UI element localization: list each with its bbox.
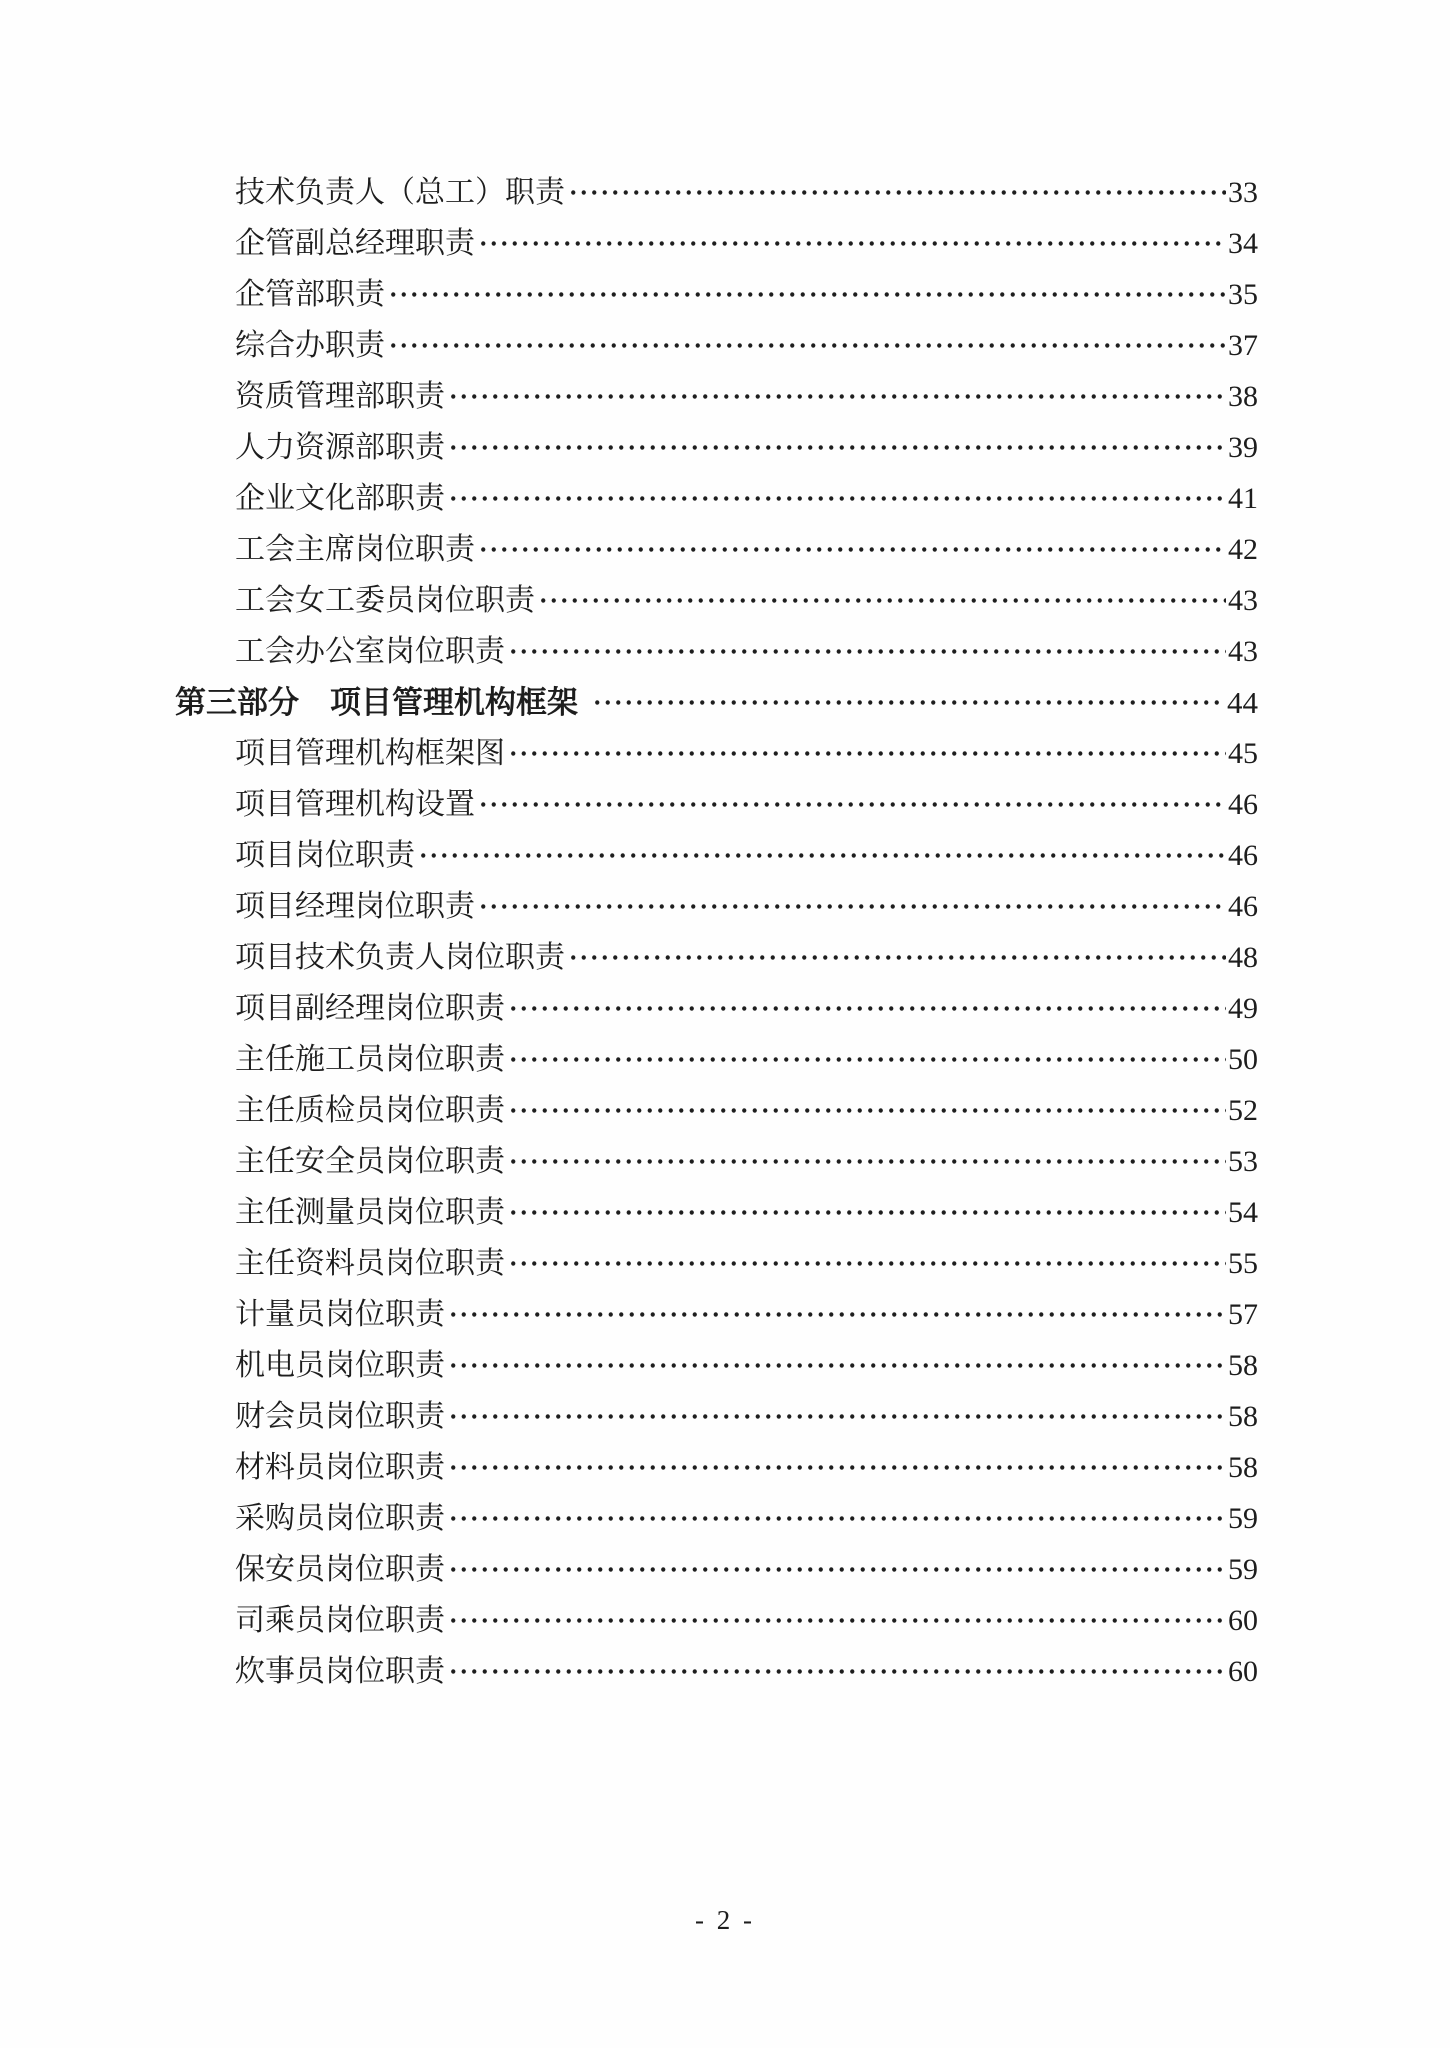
dot-leader <box>388 280 1226 310</box>
toc-entry: 项目岗位职责 46 <box>0 830 1450 881</box>
toc-entry-label: 项目管理机构框架图 <box>235 728 505 779</box>
dot-leader <box>508 994 1226 1024</box>
toc-entry-label: 主任测量员岗位职责 <box>235 1187 505 1238</box>
toc-entry-label: 采购员岗位职责 <box>235 1493 445 1544</box>
toc-entry: 财会员岗位职责 58 <box>0 1391 1450 1442</box>
toc-entry-label: 企业文化部职责 <box>235 473 445 524</box>
toc-entry-label: 工会办公室岗位职责 <box>235 626 505 677</box>
toc-entry-label: 保安员岗位职责 <box>235 1544 445 1595</box>
toc-entry: 人力资源部职责 39 <box>0 422 1450 473</box>
dot-leader <box>508 637 1226 667</box>
toc-entry: 综合办职责 37 <box>0 320 1450 371</box>
dot-leader <box>508 1249 1226 1279</box>
dot-leader <box>448 1504 1226 1534</box>
dot-leader <box>478 790 1226 820</box>
toc-entry-page: 39 <box>1228 422 1258 473</box>
toc-entry-page: 44 <box>1227 677 1258 728</box>
dot-leader <box>448 1351 1226 1381</box>
toc-entry-label: 工会女工委员岗位职责 <box>235 575 535 626</box>
toc-entry: 工会办公室岗位职责 43 <box>0 626 1450 677</box>
toc-entry-page: 50 <box>1228 1034 1258 1085</box>
toc-entry: 采购员岗位职责 59 <box>0 1493 1450 1544</box>
dot-leader <box>448 433 1226 463</box>
toc-entry-page: 46 <box>1228 881 1258 932</box>
toc-entry: 工会主席岗位职责 42 <box>0 524 1450 575</box>
toc-entry: 企管部职责 35 <box>0 269 1450 320</box>
toc-entry-label: 项目技术负责人岗位职责 <box>235 932 565 983</box>
toc-entry-label: 项目岗位职责 <box>235 830 415 881</box>
page-footer: - 2 - <box>0 1905 1450 1936</box>
toc-entry-page: 55 <box>1228 1238 1258 1289</box>
dot-leader <box>568 943 1226 973</box>
toc-entry-page: 46 <box>1228 779 1258 830</box>
toc-entry-page: 58 <box>1228 1442 1258 1493</box>
toc-entry: 项目管理机构框架图 45 <box>0 728 1450 779</box>
dot-leader <box>568 178 1226 208</box>
toc-entry-page: 35 <box>1228 269 1258 320</box>
table-of-contents: 技术负责人（总工）职责 33 企管副总经理职责 34 企管部职责 35 综合办职… <box>0 167 1450 1697</box>
toc-entry-page: 34 <box>1228 218 1258 269</box>
toc-entry-page: 46 <box>1228 830 1258 881</box>
toc-entry-label: 材料员岗位职责 <box>235 1442 445 1493</box>
toc-entry-label: 企管副总经理职责 <box>235 218 475 269</box>
toc-entry-label: 项目副经理岗位职责 <box>235 983 505 1034</box>
toc-entry-page: 43 <box>1228 626 1258 677</box>
dot-leader <box>448 1657 1226 1687</box>
toc-entry: 保安员岗位职责 59 <box>0 1544 1450 1595</box>
toc-entry: 机电员岗位职责 58 <box>0 1340 1450 1391</box>
dot-leader <box>508 1147 1226 1177</box>
toc-entry-page: 54 <box>1228 1187 1258 1238</box>
toc-entry: 主任质检员岗位职责 52 <box>0 1085 1450 1136</box>
dot-leader <box>538 586 1226 616</box>
toc-entry-label: 第三部分 项目管理机构框架 <box>175 677 578 728</box>
toc-entry-label: 人力资源部职责 <box>235 422 445 473</box>
toc-entry: 项目副经理岗位职责 49 <box>0 983 1450 1034</box>
toc-entry-page: 53 <box>1228 1136 1258 1187</box>
toc-entry-page: 60 <box>1228 1595 1258 1646</box>
toc-entry-page: 52 <box>1228 1085 1258 1136</box>
dot-leader <box>478 892 1226 922</box>
dot-leader <box>448 1555 1226 1585</box>
toc-entry-page: 59 <box>1228 1544 1258 1595</box>
dot-leader <box>508 739 1226 769</box>
toc-entry-label: 财会员岗位职责 <box>235 1391 445 1442</box>
toc-entry-label: 技术负责人（总工）职责 <box>235 167 565 218</box>
dot-leader <box>388 331 1226 361</box>
toc-entry: 资质管理部职责 38 <box>0 371 1450 422</box>
toc-entry: 主任资料员岗位职责 55 <box>0 1238 1450 1289</box>
toc-entry-label: 企管部职责 <box>235 269 385 320</box>
toc-entry: 炊事员岗位职责 60 <box>0 1646 1450 1697</box>
toc-entry: 司乘员岗位职责 60 <box>0 1595 1450 1646</box>
toc-entry-label: 资质管理部职责 <box>235 371 445 422</box>
toc-entry-page: 37 <box>1228 320 1258 371</box>
dot-leader <box>508 1045 1226 1075</box>
document-page: 技术负责人（总工）职责 33 企管副总经理职责 34 企管部职责 35 综合办职… <box>0 0 1450 2048</box>
toc-entry-label: 主任施工员岗位职责 <box>235 1034 505 1085</box>
toc-entry-label: 主任资料员岗位职责 <box>235 1238 505 1289</box>
dot-leader <box>448 484 1226 514</box>
toc-entry: 企业文化部职责 41 <box>0 473 1450 524</box>
toc-entry-page: 48 <box>1228 932 1258 983</box>
toc-entry: 材料员岗位职责 58 <box>0 1442 1450 1493</box>
toc-entry: 主任施工员岗位职责 50 <box>0 1034 1450 1085</box>
toc-entry-label: 炊事员岗位职责 <box>235 1646 445 1697</box>
dot-leader <box>592 688 1225 718</box>
toc-entry: 主任测量员岗位职责 54 <box>0 1187 1450 1238</box>
dot-leader <box>448 1606 1226 1636</box>
toc-entry-label: 计量员岗位职责 <box>235 1289 445 1340</box>
toc-entry: 项目管理机构设置 46 <box>0 779 1450 830</box>
toc-entry: 项目技术负责人岗位职责 48 <box>0 932 1450 983</box>
toc-entry: 企管副总经理职责 34 <box>0 218 1450 269</box>
toc-entry-page: 60 <box>1228 1646 1258 1697</box>
toc-entry-page: 41 <box>1228 473 1258 524</box>
toc-entry-page: 58 <box>1228 1391 1258 1442</box>
toc-entry-page: 49 <box>1228 983 1258 1034</box>
toc-entry-label: 主任质检员岗位职责 <box>235 1085 505 1136</box>
toc-entry: 工会女工委员岗位职责 43 <box>0 575 1450 626</box>
dot-leader <box>448 382 1226 412</box>
dot-leader <box>448 1453 1226 1483</box>
toc-entry: 技术负责人（总工）职责 33 <box>0 167 1450 218</box>
toc-entry-page: 43 <box>1228 575 1258 626</box>
toc-entry-page: 38 <box>1228 371 1258 422</box>
toc-entry-label: 综合办职责 <box>235 320 385 371</box>
toc-entry: 计量员岗位职责 57 <box>0 1289 1450 1340</box>
dot-leader <box>478 535 1226 565</box>
dot-leader <box>508 1198 1226 1228</box>
dot-leader <box>478 229 1226 259</box>
toc-entry-page: 42 <box>1228 524 1258 575</box>
dot-leader <box>508 1096 1226 1126</box>
toc-entry-page: 58 <box>1228 1340 1258 1391</box>
toc-entry-page: 59 <box>1228 1493 1258 1544</box>
dot-leader <box>448 1402 1226 1432</box>
footer-page-number: - 2 - <box>695 1905 755 1935</box>
toc-entry-label: 项目经理岗位职责 <box>235 881 475 932</box>
toc-entry-label: 司乘员岗位职责 <box>235 1595 445 1646</box>
toc-entry-page: 57 <box>1228 1289 1258 1340</box>
toc-entry-label: 机电员岗位职责 <box>235 1340 445 1391</box>
toc-entry-page: 33 <box>1228 167 1258 218</box>
toc-entry-page: 45 <box>1228 728 1258 779</box>
toc-entry-label: 工会主席岗位职责 <box>235 524 475 575</box>
toc-entry: 项目经理岗位职责 46 <box>0 881 1450 932</box>
toc-entry-label: 主任安全员岗位职责 <box>235 1136 505 1187</box>
toc-section-heading: 第三部分 项目管理机构框架 44 <box>0 677 1450 728</box>
dot-leader <box>448 1300 1226 1330</box>
toc-entry-label: 项目管理机构设置 <box>235 779 475 830</box>
toc-entry: 主任安全员岗位职责 53 <box>0 1136 1450 1187</box>
dot-leader <box>418 841 1226 871</box>
